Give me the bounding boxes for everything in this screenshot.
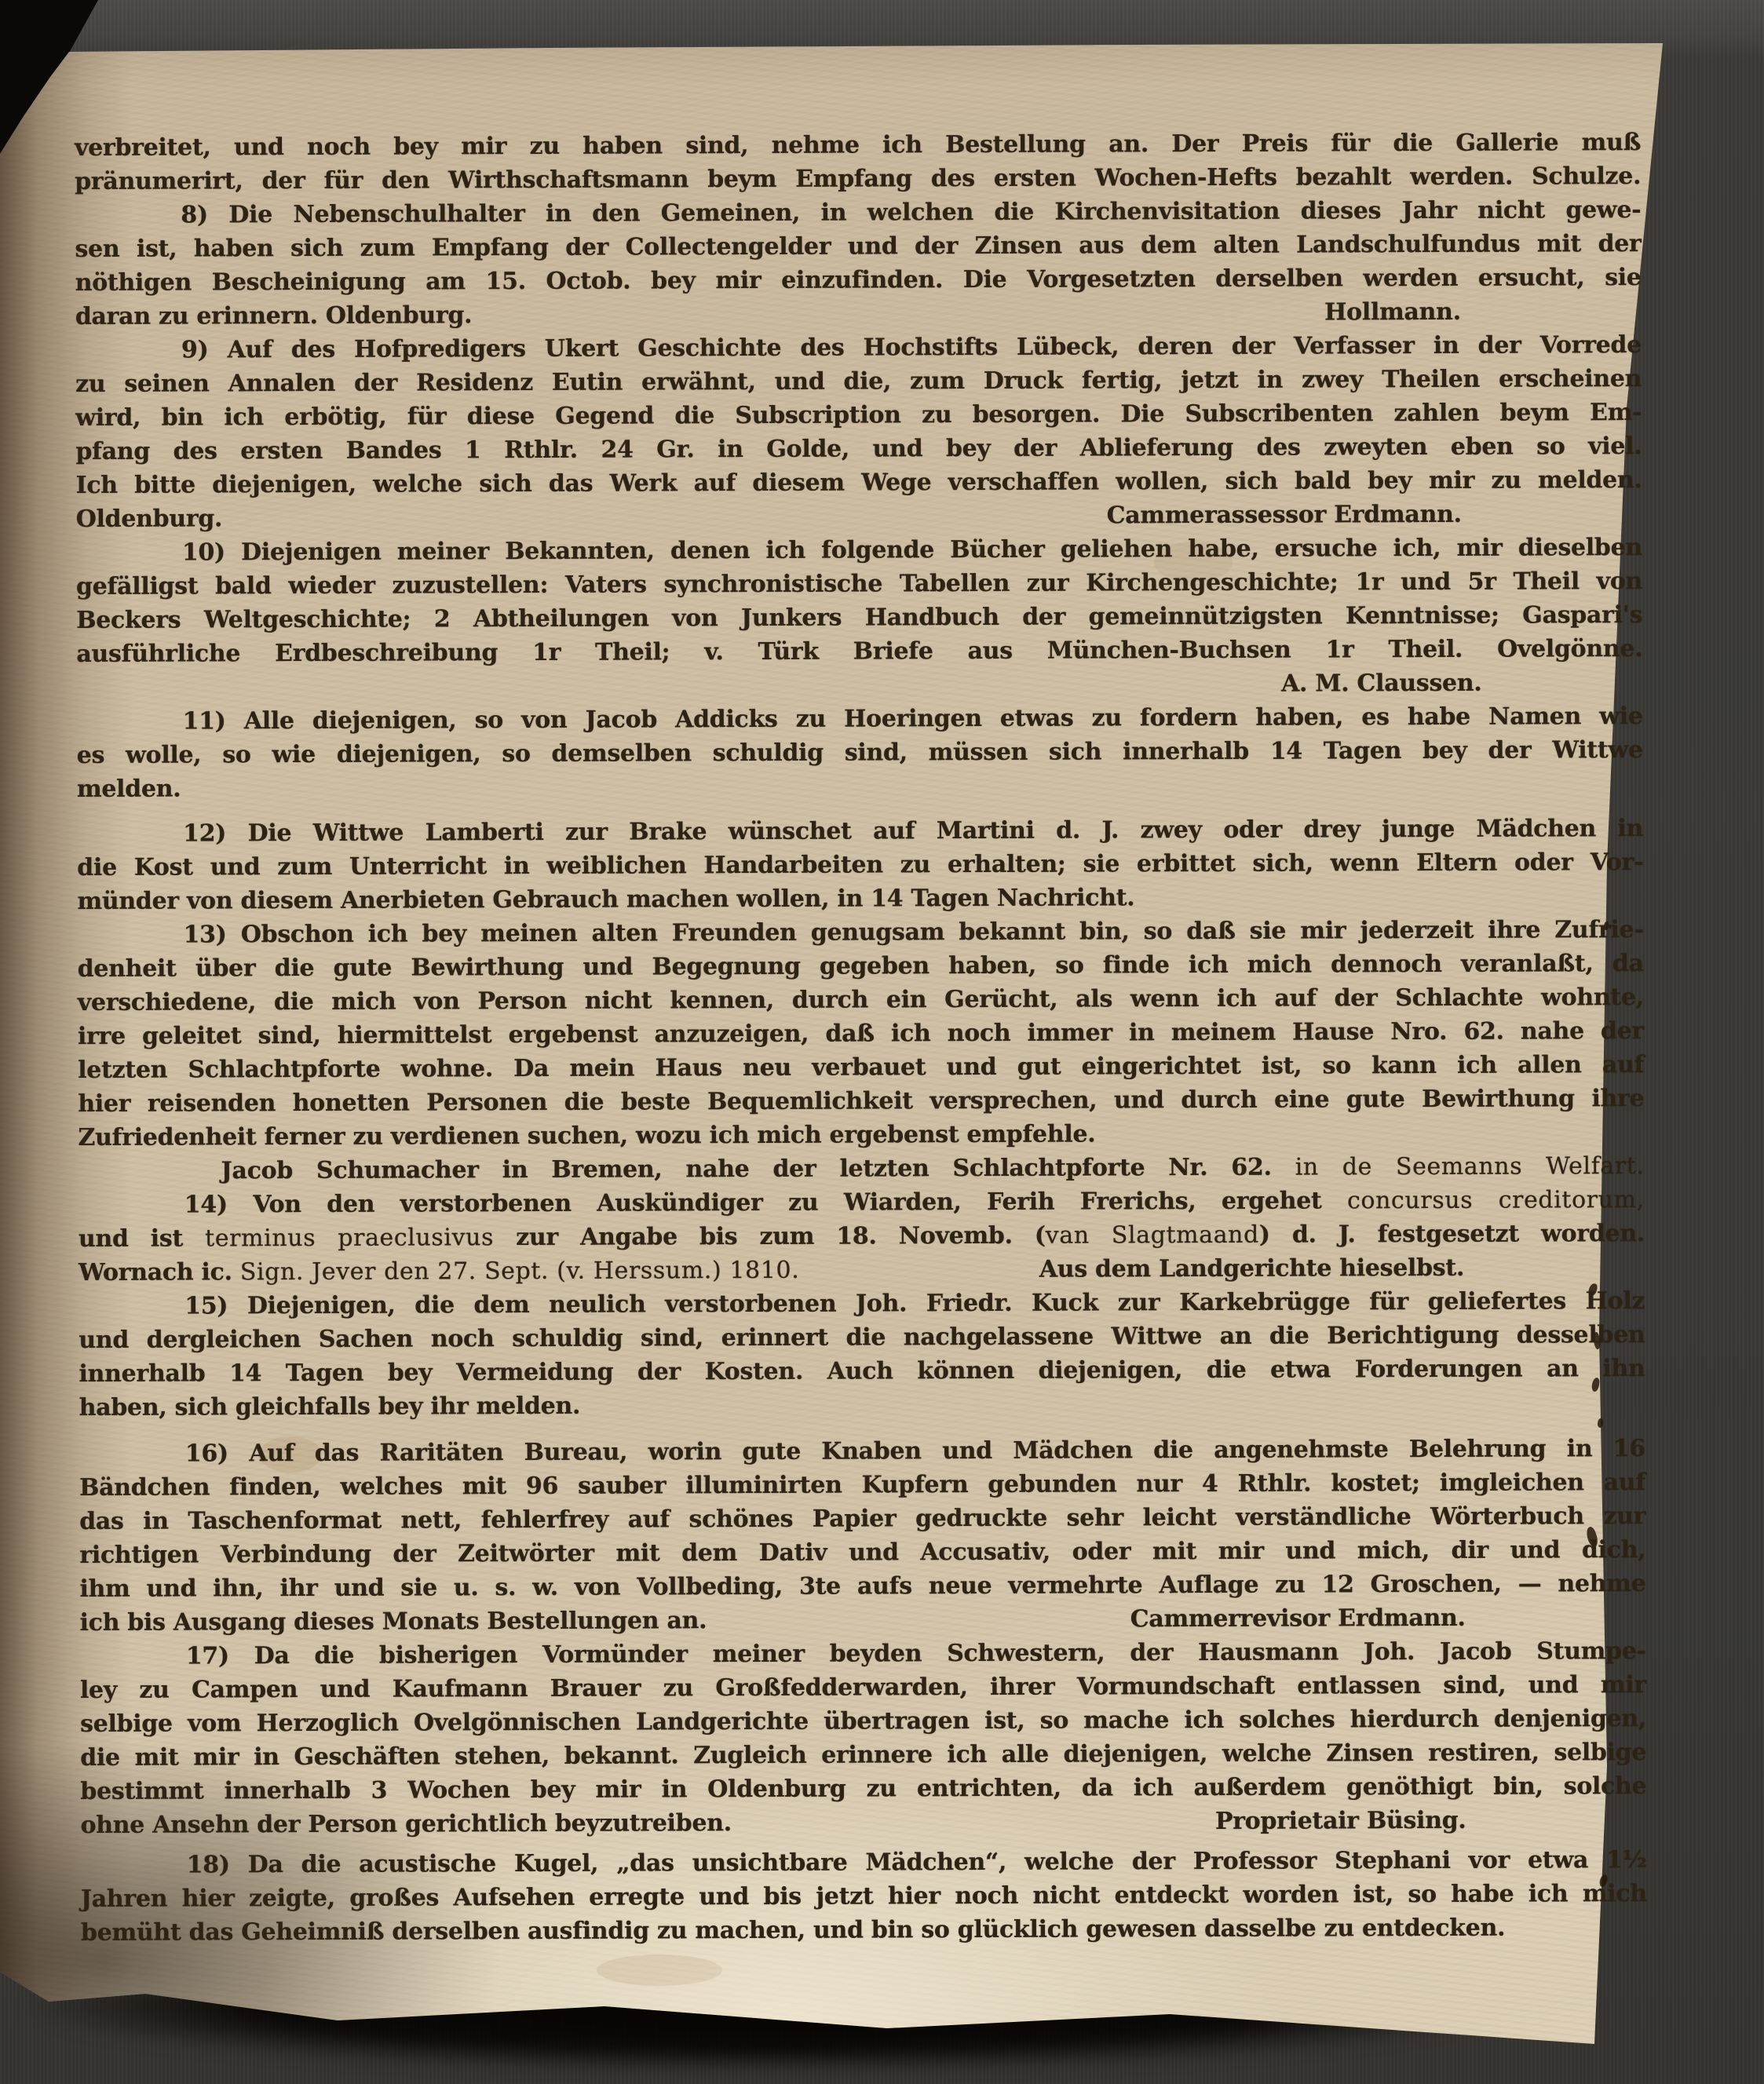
fraktur-text-segment: 13) Obschon ich bey meinen alten Freunde…: [184, 916, 1644, 948]
signature-text: Hollmann.: [1324, 296, 1461, 330]
fraktur-text-segment: und dergleichen Sachen noch schuldig sin…: [79, 1321, 1645, 1354]
text-line: 13) Obschon ich bey meinen alten Freunde…: [78, 914, 1644, 953]
text-line: 17) Da die bisherigen Vormünder meiner b…: [80, 1635, 1646, 1674]
fraktur-text-segment: 11) Alle diejenigen, so von Jacob Addick…: [183, 703, 1643, 735]
fraktur-text-segment: sen ist, haben sich zum Empfang der Coll…: [75, 230, 1641, 263]
text-line: ich bis Ausgang dieses Monats Bestellung…: [80, 1601, 1646, 1641]
text-line: wird, bin ich erbötig, für diese Gegend …: [75, 396, 1642, 436]
fraktur-text-segment: Jacob Schumacher in Bremen, nahe der let…: [221, 1154, 1295, 1185]
text-line: denheit über die gute Bewirthung und Beg…: [78, 947, 1644, 987]
signature-text: Proprietair Büsing.: [1215, 1805, 1466, 1838]
text-line: pränumerirt, der für den Wirthschaftsman…: [75, 160, 1641, 199]
fraktur-text-segment: Jahren hier zeigte, großes Aufsehen erre…: [81, 1880, 1647, 1913]
text-line: 18) Da die acustische Kugel, „das unsich…: [81, 1844, 1647, 1883]
antiqua-text-segment: terminus praeclusivus: [205, 1224, 494, 1252]
fraktur-text-segment: zur Angabe bis zum 18. Novemb. (: [494, 1222, 1046, 1251]
fraktur-text-segment: zu seinen Annalen der Residenz Eutin erw…: [75, 365, 1642, 398]
text-line: das in Taschenformat nett, fehlerfrey au…: [79, 1500, 1645, 1539]
fraktur-text-segment: haben, sich gleichfalls bey ihr melden.: [79, 1392, 581, 1422]
fraktur-text-segment: ley zu Campen und Kaufmann Brauer zu Gro…: [80, 1671, 1646, 1704]
signature-text: Cammerassessor Erdmann.: [1107, 498, 1462, 533]
fraktur-text-segment: es wolle, so wie diejenigen, so demselbe…: [77, 736, 1643, 769]
fraktur-text-segment: und ist: [79, 1224, 205, 1253]
text-line: 14) Von den verstorbenen Auskündiger zu …: [79, 1184, 1645, 1223]
text-line: Ich bitte diejenigen, welche sich das We…: [76, 464, 1642, 503]
fraktur-text-segment: 12) Die Wittwe Lamberti zur Brake wünsch…: [183, 815, 1643, 847]
text-line: hier reisenden honetten Personen die bes…: [78, 1082, 1644, 1122]
fraktur-text-segment: ohne Ansehn der Person gerichtlich beyzu…: [80, 1809, 731, 1839]
text-line: melden.: [77, 768, 1643, 807]
text-line: 12) Die Wittwe Lamberti zur Brake wünsch…: [77, 812, 1643, 852]
signature-text: Aus dem Landgerichte hieselbst.: [1039, 1252, 1464, 1287]
fraktur-text-segment: Zufriedenheit ferner zu verdienen suchen…: [78, 1120, 1095, 1151]
text-line: die Kost und zum Unterricht in weibliche…: [77, 846, 1643, 885]
fraktur-text-segment: bestimmt innerhalb 3 Wochen bey mir in O…: [80, 1772, 1646, 1805]
text-line: es wolle, so wie diejenigen, so demselbe…: [77, 734, 1643, 773]
fraktur-text-segment: 16) Auf das Raritäten Bureau, worin gute…: [185, 1435, 1645, 1467]
fraktur-text-segment: nöthigen Bescheinigung am 15. Octob. bey…: [75, 264, 1642, 297]
text-line: nöthigen Bescheinigung am 15. Octob. bey…: [75, 261, 1642, 301]
text-line: Beckers Weltgeschichte; 2 Abtheilungen v…: [76, 599, 1642, 638]
fraktur-text-segment: wird, bin ich erbötig, für diese Gegend …: [75, 399, 1642, 432]
fraktur-text-segment: Wornach ic.: [79, 1258, 240, 1287]
text-line: selbige vom Herzoglich Ovelgönnischen La…: [80, 1703, 1646, 1742]
fraktur-text-segment: Ich bitte diejenigen, welche sich das We…: [76, 466, 1642, 499]
fraktur-text-segment: richtigen Verbindung der Zeitwörter mit …: [79, 1536, 1645, 1569]
fraktur-text-segment: ausführliche Erdbeschreibung 1r Theil; v…: [76, 635, 1642, 668]
antiqua-text-segment: van Slagtmaand: [1046, 1221, 1259, 1250]
fraktur-text-segment: verschiedene, die mich von Person nicht …: [78, 984, 1644, 1016]
signature-text: Cammerrevisor Erdmann.: [1130, 1602, 1466, 1636]
text-line: haben, sich gleichfalls bey ihr melden.: [79, 1386, 1645, 1425]
fraktur-text-segment: 8) Die Nebenschulhalter in den Gemeinen,…: [181, 196, 1641, 228]
text-line: die mit mir in Geschäften stehen, bekann…: [80, 1736, 1646, 1776]
fraktur-text-segment: irre geleitet sind, hiermittelst ergeben…: [78, 1017, 1644, 1050]
fraktur-text-segment: Oldenburg.: [76, 505, 223, 533]
text-line: zu seinen Annalen der Residenz Eutin erw…: [75, 363, 1642, 402]
text-line: 16) Auf das Raritäten Bureau, worin gute…: [79, 1433, 1645, 1472]
fraktur-text-segment: das in Taschenformat nett, fehlerfrey au…: [79, 1502, 1645, 1535]
fraktur-text-segment: 15) Diejenigen, die dem neulich verstorb…: [184, 1287, 1645, 1319]
text-line: verbreitet, und noch bey mir zu haben si…: [75, 126, 1641, 166]
antiqua-text-segment: Sign. Jever den 27. Sept. (v. Herssum.) …: [240, 1257, 800, 1286]
fraktur-text-segment: denheit über die gute Bewirthung und Beg…: [78, 950, 1644, 983]
antiqua-text-segment: in de Seemanns Welfart.: [1295, 1152, 1645, 1181]
text-line: 10) Diejenigen meiner Bekannten, denen i…: [76, 531, 1642, 571]
text-block: verbreitet, und noch bey mir zu haben si…: [75, 126, 1647, 1951]
text-line: irre geleitet sind, hiermittelst ergeben…: [78, 1015, 1644, 1054]
text-line: Bändchen finden, welches mit 96 sauber i…: [79, 1466, 1645, 1506]
fraktur-text-segment: innerhalb 14 Tagen bey Vermeidung der Ko…: [79, 1355, 1645, 1388]
text-line: und dergleichen Sachen noch schuldig sin…: [79, 1319, 1645, 1358]
text-line: sen ist, haben sich zum Empfang der Coll…: [75, 228, 1641, 267]
fraktur-text-segment: A. M. Claussen.: [1281, 670, 1482, 698]
fraktur-text-segment: ich bis Ausgang dieses Monats Bestellung…: [80, 1607, 707, 1637]
text-line: ohne Ansehn der Person gerichtlich beyzu…: [80, 1804, 1646, 1843]
antiqua-text-segment: concursus creditorum,: [1347, 1186, 1645, 1214]
text-line: pfang des ersten Bandes 1 Rthlr. 24 Gr. …: [75, 430, 1642, 469]
fraktur-text-segment: gefälligst bald wieder zuzustellen: Vate…: [76, 568, 1642, 600]
text-line: ihm und ihn, ihr und sie u. s. w. von Vo…: [79, 1568, 1645, 1607]
fraktur-text-segment: münder von diesem Anerbieten Gebrauch ma…: [77, 884, 1134, 915]
text-line: 9) Auf des Hofpredigers Ukert Geschichte…: [75, 329, 1642, 368]
text-line: Zufriedenheit ferner zu verdienen suchen…: [78, 1116, 1644, 1155]
text-line: münder von diesem Anerbieten Gebrauch ma…: [77, 880, 1643, 919]
text-line: letzten Schlachtpforte wohne. Da mein Ha…: [78, 1049, 1644, 1088]
text-line: ley zu Campen und Kaufmann Brauer zu Gro…: [80, 1669, 1646, 1708]
fraktur-text-segment: die mit mir in Geschäften stehen, bekann…: [80, 1739, 1646, 1772]
text-line: Jacob Schumacher in Bremen, nahe der let…: [79, 1150, 1645, 1189]
text-line: innerhalb 14 Tagen bey Vermeidung der Ko…: [79, 1352, 1645, 1392]
text-line: bemüht das Geheimniß derselben ausfindig…: [81, 1911, 1647, 1951]
fraktur-text-segment: melden.: [77, 776, 181, 803]
text-line: 8) Die Nebenschulhalter in den Gemeinen,…: [75, 194, 1641, 233]
text-line: 15) Diejenigen, die dem neulich verstorb…: [79, 1285, 1645, 1324]
text-line: A. M. Claussen.: [76, 666, 1642, 706]
text-line: Jahren hier zeigte, großes Aufsehen erre…: [81, 1878, 1647, 1917]
fraktur-text-segment: 9) Auf des Hofpredigers Ukert Geschichte…: [181, 331, 1642, 363]
fraktur-text-segment: 10) Diejenigen meiner Bekannten, denen i…: [182, 534, 1642, 566]
fraktur-text-segment: verbreitet, und noch bey mir zu haben si…: [75, 129, 1641, 162]
fraktur-text-segment: pfang des ersten Bandes 1 Rthlr. 24 Gr. …: [75, 432, 1642, 465]
fraktur-text-segment: hier reisenden honetten Personen die bes…: [78, 1085, 1644, 1118]
fraktur-text-segment: bemüht das Geheimniß derselben ausfindig…: [81, 1914, 1505, 1947]
fraktur-text-segment: 14) Von den verstorbenen Auskündiger zu …: [184, 1187, 1347, 1218]
text-line: daran zu erinnern. Oldenburg.Hollmann.: [75, 295, 1642, 334]
text-line: ausführliche Erdbeschreibung 1r Theil; v…: [76, 633, 1642, 672]
fraktur-text-segment: Beckers Weltgeschichte; 2 Abtheilungen v…: [76, 601, 1642, 634]
text-line: bestimmt innerhalb 3 Wochen bey mir in O…: [80, 1770, 1646, 1809]
fraktur-text-segment: 18) Da die acustische Kugel, „das unsich…: [187, 1846, 1647, 1878]
fraktur-text-segment: pränumerirt, der für den Wirthschaftsman…: [75, 162, 1641, 195]
fraktur-text-segment: daran zu erinnern. Oldenburg.: [75, 301, 473, 330]
fraktur-text-segment: ) d. J. festgesetzt worden.: [1259, 1220, 1645, 1249]
fraktur-text-segment: selbige vom Herzoglich Ovelgönnischen La…: [80, 1705, 1646, 1738]
fraktur-text-segment: Bändchen finden, welches mit 96 sauber i…: [79, 1469, 1645, 1502]
fraktur-text-segment: die Kost und zum Unterricht in weibliche…: [77, 849, 1643, 881]
text-line: 11) Alle diejenigen, so von Jacob Addick…: [77, 700, 1643, 739]
text-line: gefälligst bald wieder zuzustellen: Vate…: [76, 565, 1642, 604]
text-line: und ist terminus praeclusivus zur Angabe…: [79, 1217, 1645, 1257]
fraktur-text-segment: ihm und ihn, ihr und sie u. s. w. von Vo…: [79, 1570, 1645, 1603]
text-line: richtigen Verbindung der Zeitwörter mit …: [79, 1534, 1645, 1573]
text-line: Oldenburg.Cammerassessor Erdmann.: [76, 498, 1642, 537]
fraktur-text-segment: 17) Da die bisherigen Vormünder meiner b…: [186, 1637, 1646, 1670]
text-line: Wornach ic. Sign. Jever den 27. Sept. (v…: [79, 1251, 1645, 1290]
text-line: verschiedene, die mich von Person nicht …: [78, 981, 1644, 1020]
fraktur-text-segment: letzten Schlachtpforte wohne. Da mein Ha…: [78, 1051, 1644, 1084]
